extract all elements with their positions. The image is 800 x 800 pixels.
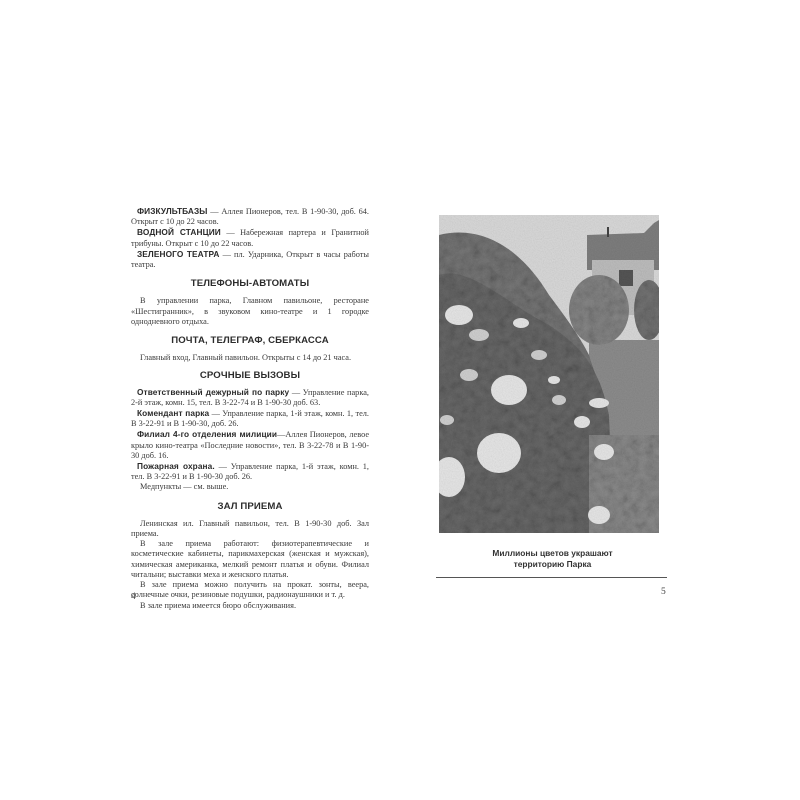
emergency-name: Ответственный дежурный по парку bbox=[137, 387, 289, 397]
horizontal-rule bbox=[436, 577, 667, 578]
facility-entry: ФИЗКУЛЬТБАЗЫ — Аллея Пионеров, тел. В 1-… bbox=[131, 206, 369, 227]
section-heading-payphones: ТЕЛЕФОНЫ-АВТОМАТЫ bbox=[131, 279, 369, 289]
page-number-right: 5 bbox=[661, 587, 666, 597]
section-heading-reception: ЗАЛ ПРИЕМА bbox=[131, 502, 369, 512]
payphones-text: В управлении парка, Главном павильоне, р… bbox=[131, 296, 369, 327]
reception-paragraph: В зале приема имеется бюро обслуживания. bbox=[131, 601, 369, 611]
photo-caption: Миллионы цветов украшают территорию Парк… bbox=[430, 548, 675, 570]
emergency-entry: Филиал 4-го отделения милиции—Аллея Пион… bbox=[131, 429, 369, 461]
caption-line: территорию Парка bbox=[430, 559, 675, 570]
post-text: Главный вход, Главный павильон. Открыты … bbox=[131, 353, 369, 363]
facility-name: ФИЗКУЛЬТБАЗЫ bbox=[137, 206, 208, 216]
caption-line: Миллионы цветов украшают bbox=[430, 548, 675, 559]
emergency-entry: Комендант парка — Управление парка, 1-й … bbox=[131, 408, 369, 429]
photo-peony-garden-icon bbox=[439, 215, 659, 533]
emergency-name: Филиал 4-го отделения милиции bbox=[137, 429, 277, 439]
emergency-name: Пожарная охрана. bbox=[137, 461, 215, 471]
facility-entry: ЗЕЛЕНОГО ТЕАТРА — пл. Ударника, Открыт в… bbox=[131, 249, 369, 270]
facility-name: ЗЕЛЕНОГО ТЕАТРА bbox=[137, 249, 220, 259]
page-number-left: 4 bbox=[131, 592, 136, 602]
reception-paragraph: Ленинская ил. Главный павильон, тел. В 1… bbox=[131, 519, 369, 539]
emergency-name: Комендант парка bbox=[137, 408, 209, 418]
emergency-entry: Пожарная охрана. — Управление парка, 1-й… bbox=[131, 461, 369, 482]
section-heading-post: ПОЧТА, ТЕЛЕГРАФ, СБЕРКАССА bbox=[131, 336, 369, 346]
facility-entry: ВОДНОЙ СТАНЦИИ — Набережная партера и Гр… bbox=[131, 227, 369, 248]
emergency-entry: Ответственный дежурный по парку — Управл… bbox=[131, 387, 369, 408]
left-page: ФИЗКУЛЬТБАЗЫ — Аллея Пионеров, тел. В 1-… bbox=[131, 206, 369, 611]
facility-name: ВОДНОЙ СТАНЦИИ bbox=[137, 227, 221, 237]
section-heading-emergency: СРОЧНЫЕ ВЫЗОВЫ bbox=[131, 371, 369, 381]
reception-paragraph: В зале приема работают: физиотерапевтиче… bbox=[131, 539, 369, 580]
emergency-note: Медпункты — см. выше. bbox=[131, 482, 369, 492]
reception-paragraph: В зале приема можно получить на прокат. … bbox=[131, 580, 369, 600]
